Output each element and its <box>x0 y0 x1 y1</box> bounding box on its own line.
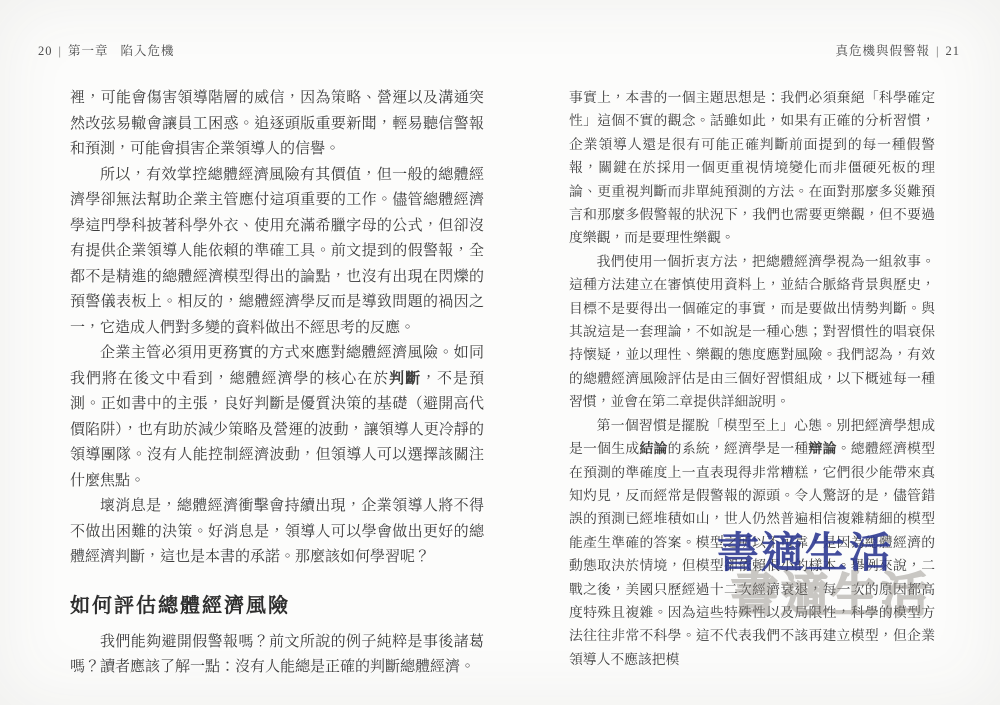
left-paragraph-group-2: 我們能夠避開假警報嗎？前文所說的例子純粹是事後諸葛嗎？讀者應該了解一點：沒有人能… <box>70 630 484 681</box>
emphasized-term: 辯論 <box>809 441 837 456</box>
chapter-label: 第一章 <box>68 44 109 58</box>
paragraph: 壞消息是，總體經濟衝擊會持續出現，企業領導人將不得不做出困難的決策。好消息是，領… <box>70 494 484 571</box>
emphasized-term: 判斷 <box>389 371 421 387</box>
text-run: 。總體經濟模型在預測的準確度上一直表現得非常糟糕，它們很少能帶來真知灼見，反而經… <box>569 441 935 667</box>
paragraph: 事實上，本書的一個主題思想是：我們必須棄絕「科學確定性」這個不實的觀念。話雖如此… <box>569 86 935 250</box>
paragraph: 企業主管必須用更務實的方式來應對總體經濟風險。如同我們將在後文中看到，總體經濟學… <box>70 341 484 494</box>
page-number-left: 20 <box>38 44 53 58</box>
chapter-title: 陷入危機 <box>121 44 175 58</box>
left-paragraph-group-1: 裡，可能會傷害領導階層的威信，因為策略、營運以及溝通突然改弦易轍會讓員工困惑。追… <box>70 86 484 571</box>
right-page-body: 事實上，本書的一個主題思想是：我們必須棄絕「科學確定性」這個不實的觀念。話雖如此… <box>569 86 935 671</box>
paragraph: 我們能夠避開假警報嗎？前文所說的例子純粹是事後諸葛嗎？讀者應該了解一點：沒有人能… <box>70 630 484 681</box>
text-run: 裡，可能會傷害領導階層的威信，因為策略、營運以及溝通突然改弦易轍會讓員工困惑。追… <box>70 90 484 157</box>
book-spread: 20|第一章陷入危機 真危機與假警報|21 裡，可能會傷害領導階層的威信，因為策… <box>0 0 1000 705</box>
running-header-right: 真危機與假警報|21 <box>835 41 960 59</box>
left-page-body: 裡，可能會傷害領導階層的威信，因為策略、營運以及溝通突然改弦易轍會讓員工困惑。追… <box>70 86 484 681</box>
text-run: 壞消息是，總體經濟衝擊會持續出現，企業領導人將不得不做出困難的決策。好消息是，領… <box>70 498 484 565</box>
header-separator-left: | <box>59 44 63 58</box>
paragraph: 所以，有效掌控總體經濟風險有其價值，但一般的總體經濟學卻無法幫助企業主管應付這項… <box>70 163 484 342</box>
paragraph: 第一個習慣是擺脫「模型至上」心態。別把經濟學想成是一個生成結論的系統，經濟學是一… <box>569 414 935 671</box>
text-run: 所以，有效掌控總體經濟風險有其價值，但一般的總體經濟學卻無法幫助企業主管應付這項… <box>70 167 484 336</box>
text-run: 我們使用一個折衷方法，把總體經濟學視為一組敘事。這種方法建立在審慎使用資料上，並… <box>569 254 935 409</box>
text-run: 我們能夠避開假警報嗎？前文所說的例子純粹是事後諸葛嗎？讀者應該了解一點：沒有人能… <box>70 634 484 676</box>
emphasized-term: 結論 <box>639 441 667 456</box>
text-run: 的系統，經濟學是一種 <box>668 441 809 456</box>
right-paragraph-group: 事實上，本書的一個主題思想是：我們必須棄絕「科學確定性」這個不實的觀念。話雖如此… <box>569 86 935 671</box>
running-header-left: 20|第一章陷入危機 <box>38 41 175 59</box>
header-separator-right: | <box>936 44 940 58</box>
page-number-right: 21 <box>946 44 961 58</box>
paragraph: 我們使用一個折衷方法，把總體經濟學視為一組敘事。這種方法建立在審慎使用資料上，並… <box>569 250 935 414</box>
text-run: 事實上，本書的一個主題思想是：我們必須棄絕「科學確定性」這個不實的觀念。話雖如此… <box>569 90 935 245</box>
paragraph: 裡，可能會傷害領導階層的威信，因為策略、營運以及溝通突然改弦易轍會讓員工困惑。追… <box>70 86 484 163</box>
section-title-right: 真危機與假警報 <box>835 44 930 58</box>
section-heading: 如何評估總體經濟風險 <box>70 589 484 618</box>
text-run: ，不是預測。正如書中的主張，良好判斷是優質決策的基礎（避開高代價陷阱），也有助於… <box>70 371 484 489</box>
